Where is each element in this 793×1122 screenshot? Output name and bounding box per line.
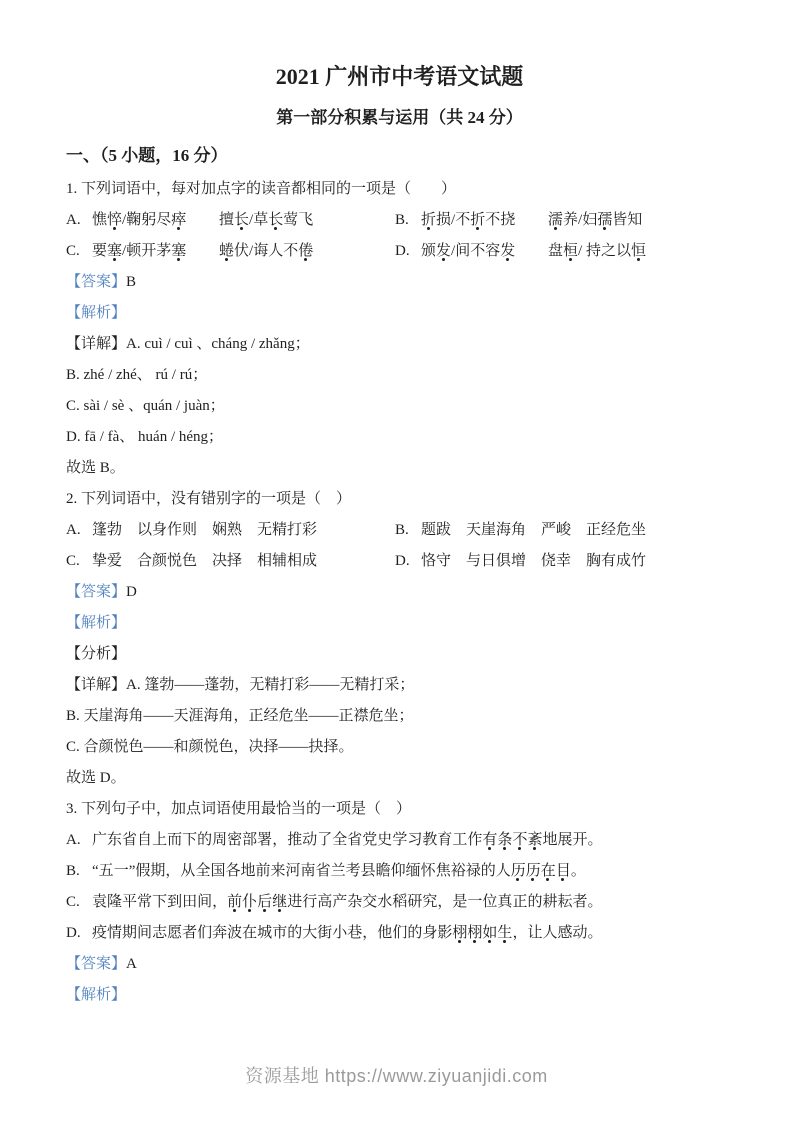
q2-option-b-text: 题跋 天崖海角 严峻 正经危坐: [421, 515, 646, 546]
q2-jiexi-label: 【解析】: [66, 615, 126, 631]
section-subtitle: 第一部分积累与运用（共 24 分）: [66, 105, 733, 131]
q2-conclusion-line: 故选 D。: [66, 763, 733, 794]
q2-detail-line-2: B. 天崖海角——天涯海角，正经危坐——正襟危坐；: [66, 701, 733, 732]
q3-option-d-text: 疫情期间志愿者们奔波在城市的大街小巷，他们的身影栩栩如生，让人感动。: [92, 918, 603, 949]
q1-detail-line-4: D. fā / fà、 huán / héng；: [66, 422, 733, 453]
q2-option-c-text: 挚爱 合颜悦色 决择 相辅相成: [92, 546, 317, 577]
exam-document-page: 2021 广州市中考语文试题 第一部分积累与运用（共 24 分） 一、（5 小题…: [0, 0, 793, 1122]
q1-option-c-pair2: 蜷伏/诲人不倦: [219, 236, 313, 267]
q1-detail-line-3: C. sài / sè 、quán / juàn；: [66, 391, 733, 422]
q2-option-d-text: 恪守 与日俱增 侥幸 胸有成竹: [421, 546, 646, 577]
q3-stem: 3. 下列句子中，加点词语使用最恰当的一项是（ ）: [66, 794, 733, 825]
q1-option-a-pair1: 憔悴/鞠躬尽瘁: [92, 205, 219, 236]
q2-answer-value: D: [126, 584, 137, 600]
q3-answer-line: 【答案】A: [66, 949, 733, 980]
q1-detail-line-2: B. zhé / zhé、 rú / rú；: [66, 360, 733, 391]
q2-detail-line-3: C. 合颜悦色——和颜悦色，决择——抉择。: [66, 732, 733, 763]
q2-fenxi-line: 【分析】: [66, 639, 733, 670]
q3-option-d-label: D.: [66, 918, 92, 949]
q3-answer-value: A: [126, 956, 137, 972]
q3-option-c-label: C.: [66, 887, 92, 918]
q1-options-row-cd: C.要塞/顿开茅塞蜷伏/诲人不倦D.颁发/间不容发盘桓/ 持之以恒: [66, 236, 733, 267]
q2-option-a: A.篷勃 以身作则 娴熟 无精打彩: [66, 515, 395, 546]
q3-option-b-label: B.: [66, 856, 92, 887]
q2-option-b: B.题跋 天崖海角 严峻 正经危坐: [395, 515, 733, 546]
q1-detail-line-1: 【详解】A. cuì / cuì 、cháng / zhǎng；: [66, 329, 733, 360]
q2-fenxi-label: 【分析】: [66, 646, 126, 662]
q1-option-d-pair2: 盘桓/ 持之以恒: [548, 236, 646, 267]
q1-jiexi-line: 【解析】: [66, 298, 733, 329]
q3-option-d: D.疫情期间志愿者们奔波在城市的大街小巷，他们的身影栩栩如生，让人感动。: [66, 918, 733, 949]
q1-option-b-pair1: 折损/不折不挠: [421, 205, 548, 236]
q1-option-d-pair1: 颁发/间不容发: [421, 236, 548, 267]
q1-answer-value: B: [126, 274, 136, 290]
q1-option-c: C.要塞/顿开茅塞蜷伏/诲人不倦: [66, 236, 395, 267]
q2-option-c-label: C.: [66, 546, 92, 577]
q1-option-a-label: A.: [66, 205, 92, 236]
q1-conclusion-line: 故选 B。: [66, 453, 733, 484]
q2-options-row-ab: A.篷勃 以身作则 娴熟 无精打彩B.题跋 天崖海角 严峻 正经危坐: [66, 515, 733, 546]
section-heading: 一、（5 小题，16 分）: [66, 144, 733, 168]
q3-option-a-label: A.: [66, 825, 92, 856]
q1-stem: 1. 下列词语中，每对加点字的读音都相同的一项是（ ）: [66, 174, 733, 205]
q1-option-b: B.折损/不折不挠濡养/妇孺皆知: [395, 205, 733, 236]
q1-option-a-pair2: 擅长/草长莺飞: [219, 205, 313, 236]
q1-options-row-ab: A.憔悴/鞠躬尽瘁擅长/草长莺飞B.折损/不折不挠濡养/妇孺皆知: [66, 205, 733, 236]
q2-jiexi-line: 【解析】: [66, 608, 733, 639]
q2-option-d: D.恪守 与日俱增 侥幸 胸有成竹: [395, 546, 733, 577]
document-content: 2021 广州市中考语文试题 第一部分积累与运用（共 24 分） 一、（5 小题…: [0, 0, 793, 1011]
q1-option-d: D.颁发/间不容发盘桓/ 持之以恒: [395, 236, 733, 267]
q3-option-c-text: 袁隆平常下到田间，前仆后继进行高产杂交水稻研究，是一位真正的耕耘者。: [92, 887, 603, 918]
q3-option-b-text: “五一”假期，从全国各地前来河南省兰考县瞻仰缅怀焦裕禄的人历历在目。: [92, 856, 586, 887]
q2-answer-line: 【答案】D: [66, 577, 733, 608]
q3-option-c: C.袁隆平常下到田间，前仆后继进行高产杂交水稻研究，是一位真正的耕耘者。: [66, 887, 733, 918]
q2-option-a-text: 篷勃 以身作则 娴熟 无精打彩: [92, 515, 317, 546]
q1-option-c-pair1: 要塞/顿开茅塞: [92, 236, 219, 267]
q1-answer-label: 【答案】: [66, 274, 126, 290]
q2-option-a-label: A.: [66, 515, 92, 546]
footer-text: 资源基地 https://www.ziyuanjidi.com: [0, 1062, 793, 1088]
q1-option-b-label: B.: [395, 205, 421, 236]
q2-stem: 2. 下列词语中，没有错别字的一项是（ ）: [66, 484, 733, 515]
q1-option-b-pair2: 濡养/妇孺皆知: [548, 205, 642, 236]
q3-jiexi-label: 【解析】: [66, 987, 126, 1003]
q1-option-a: A.憔悴/鞠躬尽瘁擅长/草长莺飞: [66, 205, 395, 236]
q2-detail-line-1: 【详解】A. 篷勃——蓬勃，无精打彩——无精打采；: [66, 670, 733, 701]
q1-option-c-label: C.: [66, 236, 92, 267]
page-title: 2021 广州市中考语文试题: [66, 62, 733, 92]
q3-answer-label: 【答案】: [66, 956, 126, 972]
q2-option-d-label: D.: [395, 546, 421, 577]
q3-option-a: A.广东省自上而下的周密部署，推动了全省党史学习教育工作有条不紊地展开。: [66, 825, 733, 856]
q1-option-d-label: D.: [395, 236, 421, 267]
q1-jiexi-label: 【解析】: [66, 305, 126, 321]
q2-option-b-label: B.: [395, 515, 421, 546]
q1-answer-line: 【答案】B: [66, 267, 733, 298]
q3-option-a-text: 广东省自上而下的周密部署，推动了全省党史学习教育工作有条不紊地展开。: [92, 825, 603, 856]
q2-answer-label: 【答案】: [66, 584, 126, 600]
q2-options-row-cd: C.挚爱 合颜悦色 决择 相辅相成D.恪守 与日俱增 侥幸 胸有成竹: [66, 546, 733, 577]
q3-option-b: B.“五一”假期，从全国各地前来河南省兰考县瞻仰缅怀焦裕禄的人历历在目。: [66, 856, 733, 887]
q3-jiexi-line: 【解析】: [66, 980, 733, 1011]
q2-option-c: C.挚爱 合颜悦色 决择 相辅相成: [66, 546, 395, 577]
